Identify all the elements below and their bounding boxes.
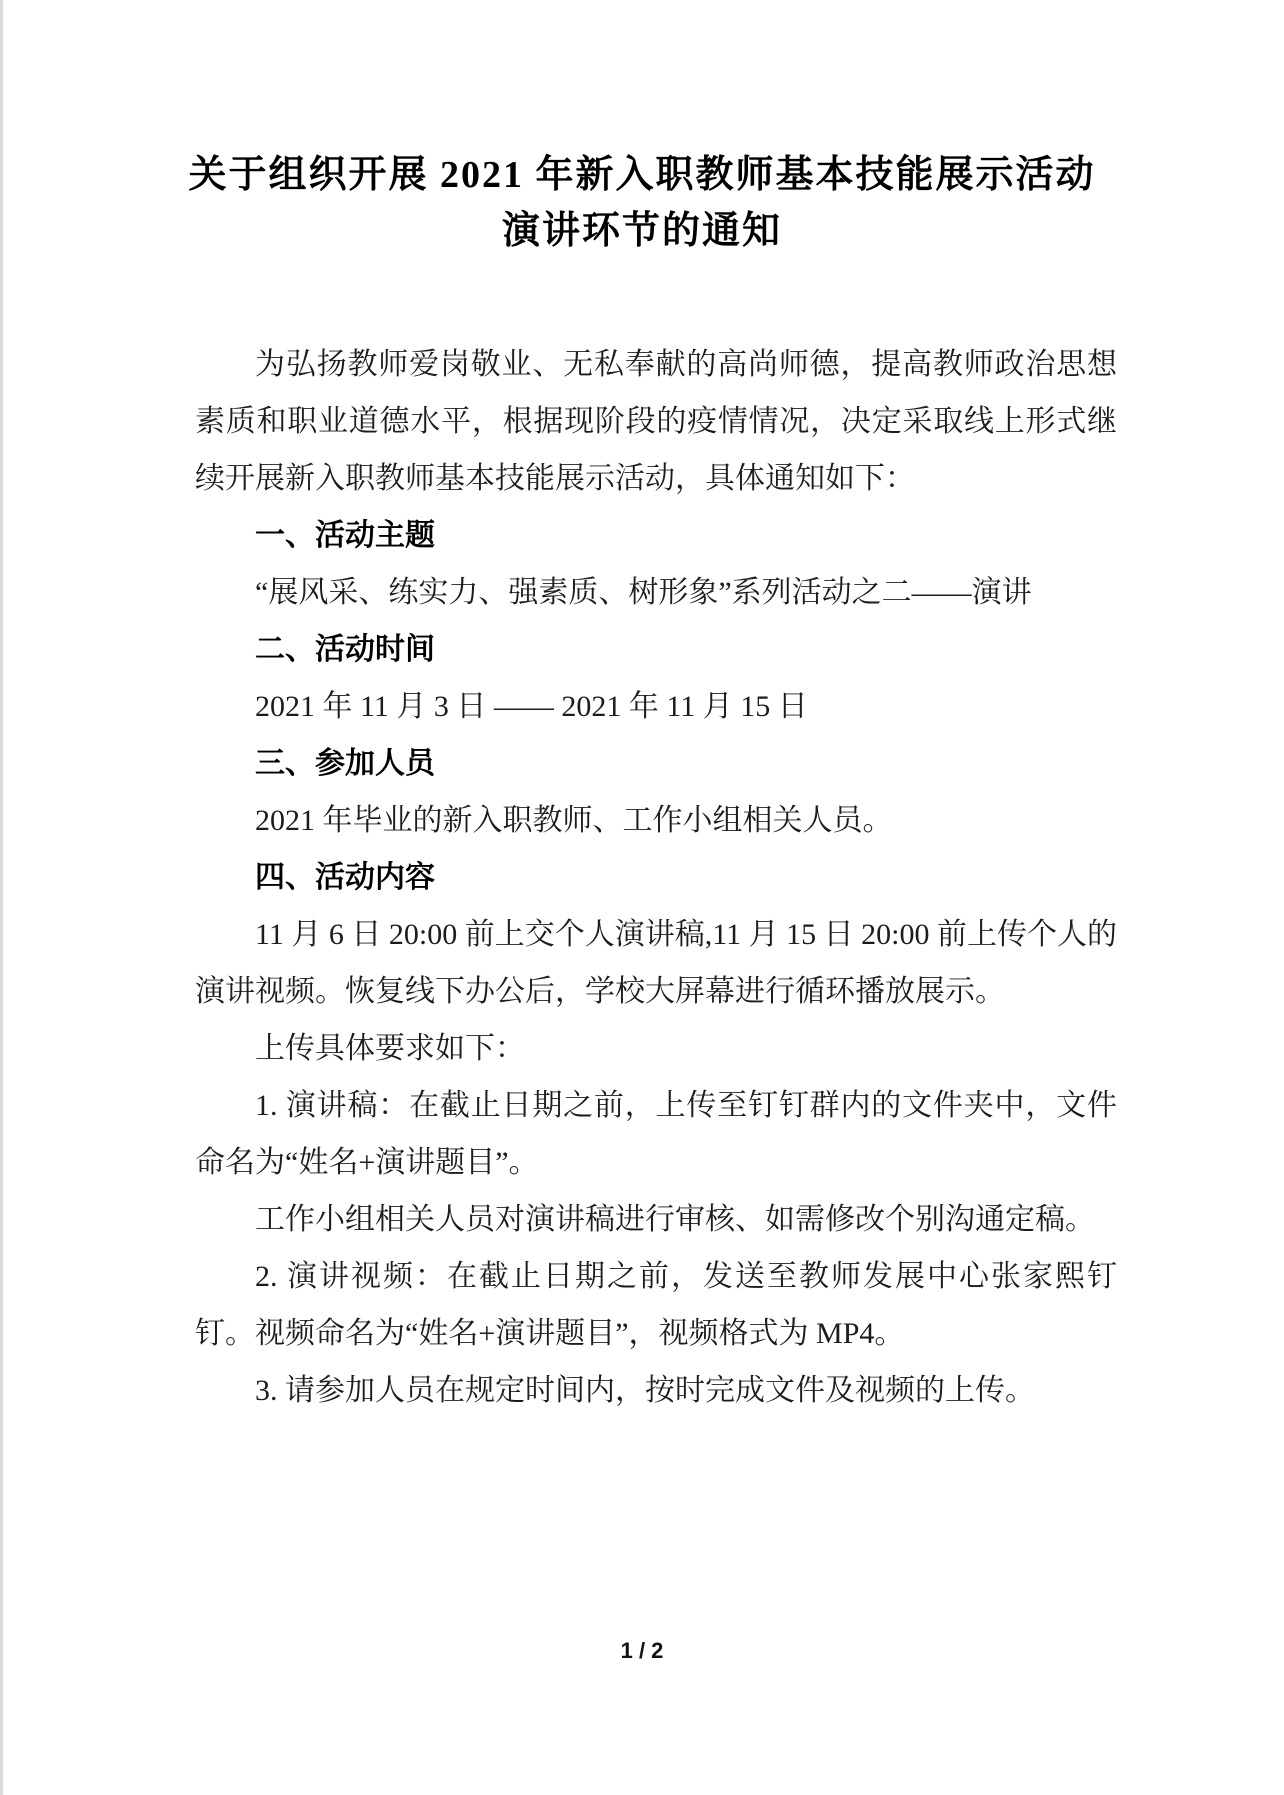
section-heading: 三、参加人员 bbox=[195, 735, 1117, 792]
paragraph: 3. 请参加人员在规定时间内，按时完成文件及视频的上传。 bbox=[195, 1362, 1117, 1419]
document-title-line-2: 演讲环节的通知 bbox=[90, 203, 1194, 259]
page-number: 1 / 2 bbox=[0, 1638, 1284, 1664]
paragraph: “展风采、练实力、强素质、树形象”系列活动之二——演讲 bbox=[195, 564, 1117, 621]
paragraph: 11 月 6 日 20:00 前上交个人演讲稿,11 月 15 日 20:00 … bbox=[195, 906, 1117, 1020]
section-heading: 二、活动时间 bbox=[195, 621, 1117, 678]
document-page: 关于组织开展 2021 年新入职教师基本技能展示活动 演讲环节的通知 为弘扬教师… bbox=[0, 0, 1284, 1795]
paragraph: 2021 年 11 月 3 日 —— 2021 年 11 月 15 日 bbox=[195, 678, 1117, 735]
document-title-line-1: 关于组织开展 2021 年新入职教师基本技能展示活动 bbox=[90, 147, 1194, 203]
section-heading: 四、活动内容 bbox=[195, 849, 1117, 906]
document-body: 为弘扬教师爱岗敬业、无私奉献的高尚师德，提高教师政治思想素质和职业道德水平，根据… bbox=[195, 336, 1117, 1419]
document-title: 关于组织开展 2021 年新入职教师基本技能展示活动 演讲环节的通知 bbox=[90, 147, 1194, 259]
paragraph: 2021 年毕业的新入职教师、工作小组相关人员。 bbox=[195, 792, 1117, 849]
viewer-left-edge bbox=[0, 0, 3, 1795]
paragraph: 1. 演讲稿：在截止日期之前，上传至钉钉群内的文件夹中，文件命名为“姓名+演讲题… bbox=[195, 1077, 1117, 1191]
paragraph: 工作小组相关人员对演讲稿进行审核、如需修改个别沟通定稿。 bbox=[195, 1191, 1117, 1248]
paragraph: 2. 演讲视频：在截止日期之前，发送至教师发展中心张家熙钉钉。视频命名为“姓名+… bbox=[195, 1248, 1117, 1362]
section-heading: 一、活动主题 bbox=[195, 507, 1117, 564]
paragraph: 为弘扬教师爱岗敬业、无私奉献的高尚师德，提高教师政治思想素质和职业道德水平，根据… bbox=[195, 336, 1117, 507]
paragraph: 上传具体要求如下： bbox=[195, 1020, 1117, 1077]
